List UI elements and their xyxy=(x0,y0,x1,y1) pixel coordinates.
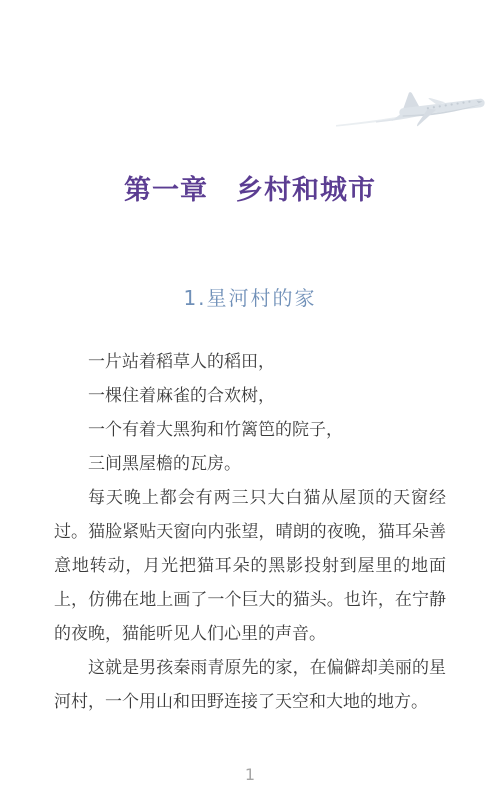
body-text: 一片站着稻草人的稻田， 一棵住着麻雀的合欢树， 一个有着大黑狗和竹篱笆的院子， … xyxy=(54,345,446,719)
poem-line: 一棵住着麻雀的合欢树， xyxy=(54,379,446,413)
section-title: 1.星河村的家 xyxy=(0,284,500,312)
paragraph: 这就是男孩秦雨青原先的家，在偏僻却美丽的星河村，一个用山和田野连接了天空和大地的… xyxy=(54,651,446,719)
paragraph: 每天晚上都会有两三只大白猫从屋顶的天窗经过。猫脸紧贴天窗向内张望，晴朗的夜晚，猫… xyxy=(54,481,446,651)
chapter-title: 第一章 乡村和城市 xyxy=(0,172,500,208)
book-page: 第一章 乡村和城市 1.星河村的家 一片站着稻草人的稻田， 一棵住着麻雀的合欢树… xyxy=(0,0,500,796)
poem-line: 一片站着稻草人的稻田， xyxy=(54,345,446,379)
poem-line: 三间黑屋檐的瓦房。 xyxy=(54,447,446,481)
page-number: 1 xyxy=(0,765,500,784)
airplane-icon xyxy=(336,78,492,130)
poem-line: 一个有着大黑狗和竹篱笆的院子， xyxy=(54,413,446,447)
